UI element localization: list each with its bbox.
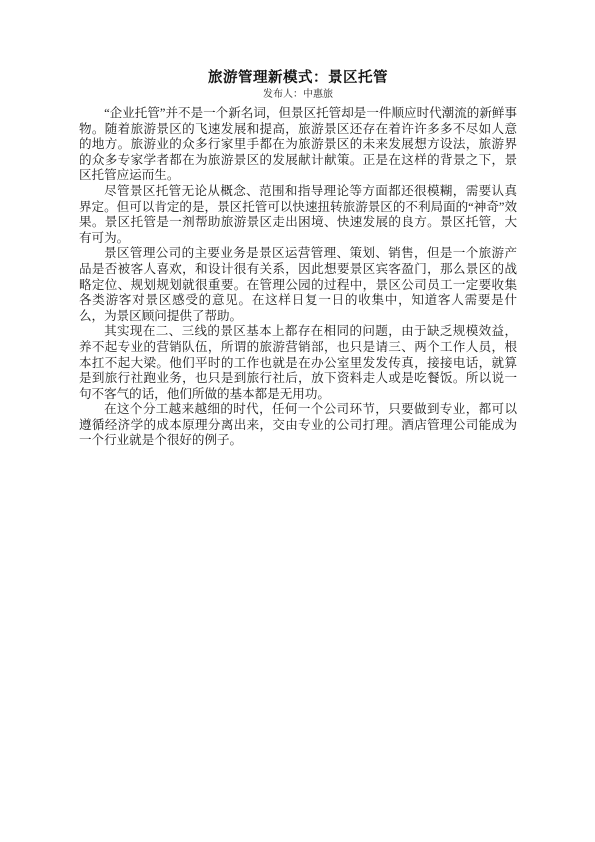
paragraph: 尽管景区托管无论从概念、范围和指导理论等方面都还很模糊，需要认真界定。但可以肯定…	[79, 184, 517, 246]
paragraph: “企业托管”并不是一个新名词，但景区托管却是一件顺应时代潮流的新鲜事物。随着旅游…	[79, 106, 517, 184]
document-page: 旅游管理新模式：景区托管 发布人：中惠旅 “企业托管”并不是一个新名词，但景区托…	[0, 0, 595, 842]
paragraph: 景区管理公司的主要业务是景区运营管理、策划、销售，但是一个旅游产品是否被客人喜欢…	[79, 246, 517, 324]
document-content: 旅游管理新模式：景区托管 发布人：中惠旅 “企业托管”并不是一个新名词，但景区托…	[79, 70, 517, 449]
paragraph: 在这个分工越来越细的时代，任何一个公司环节，只要做到专业，都可以遵循经济学的成本…	[79, 402, 517, 449]
document-body: “企业托管”并不是一个新名词，但景区托管却是一件顺应时代潮流的新鲜事物。随着旅游…	[79, 106, 517, 449]
document-title: 旅游管理新模式：景区托管	[79, 70, 517, 87]
document-byline: 发布人：中惠旅	[79, 88, 517, 102]
paragraph: 其实现在二、三线的景区基本上都存在相同的问题，由于缺乏规模效益，养不起专业的营销…	[79, 324, 517, 402]
